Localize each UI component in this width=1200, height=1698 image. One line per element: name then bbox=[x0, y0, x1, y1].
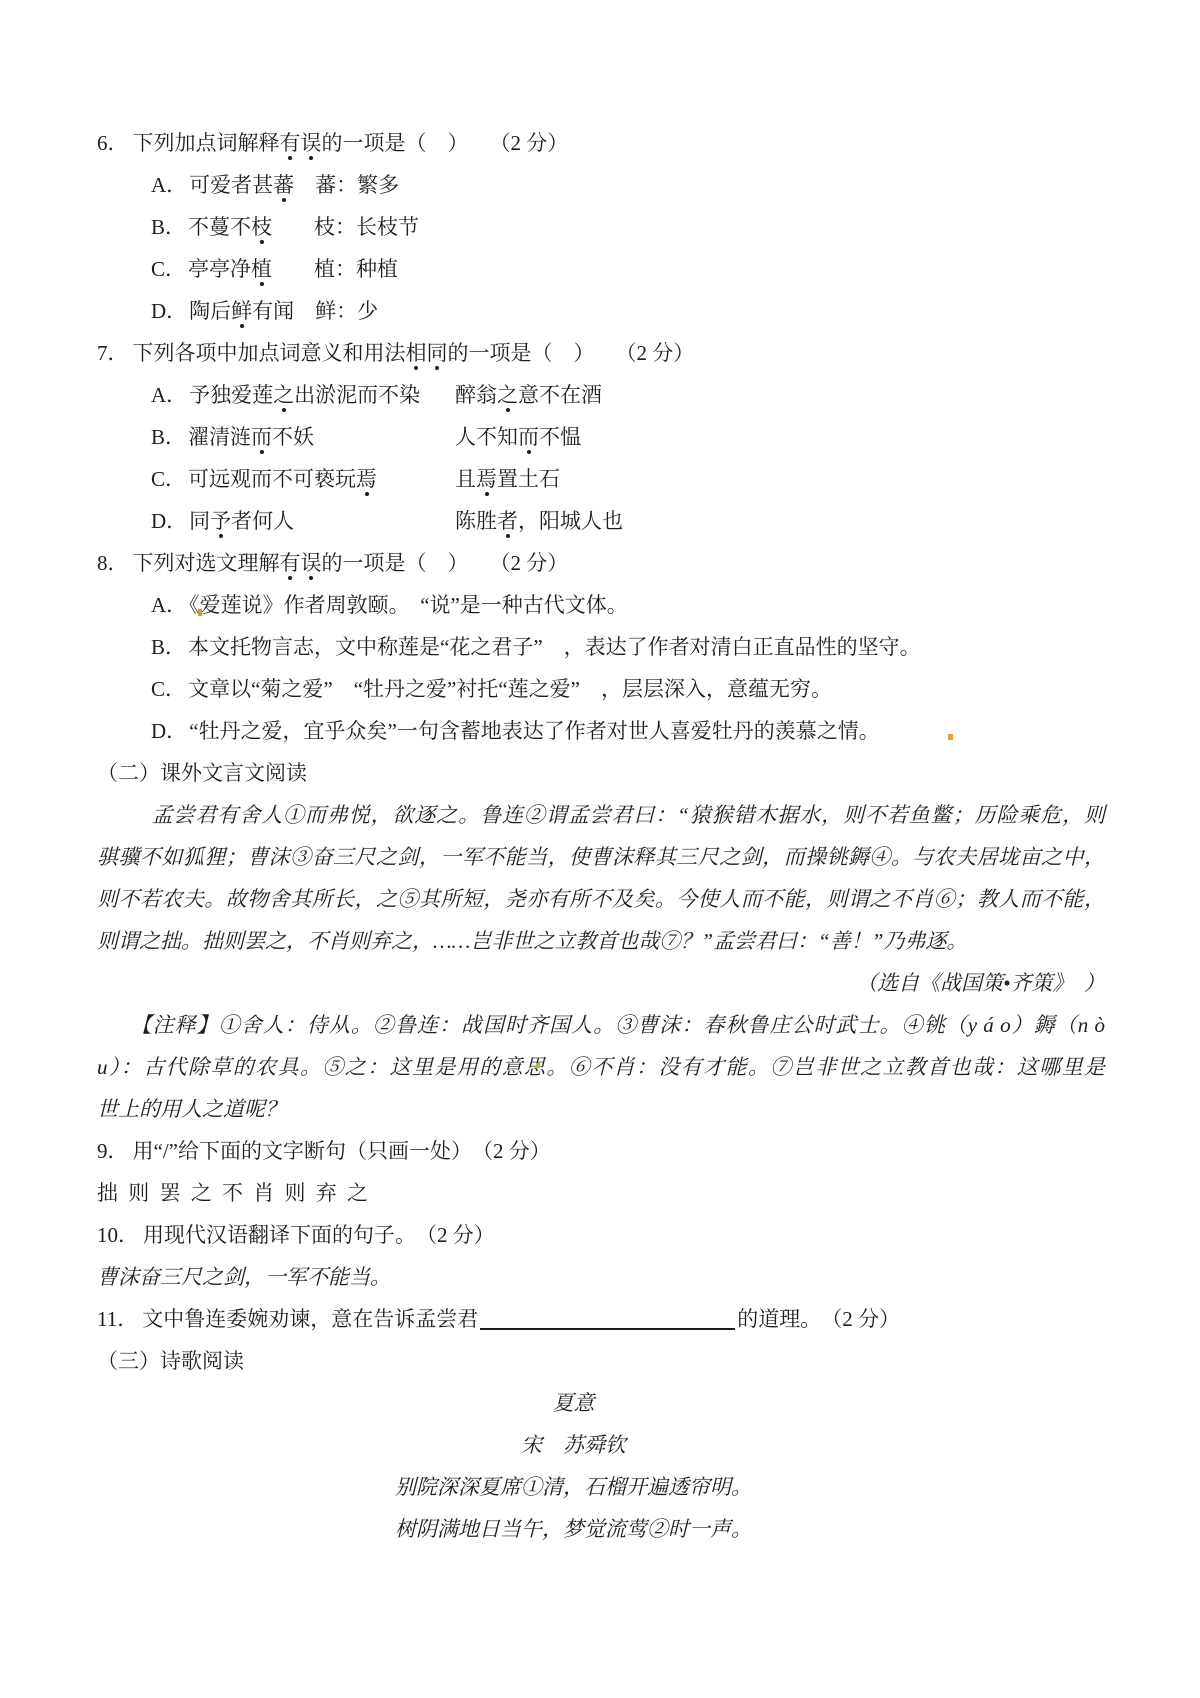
question-9-sentence: 拙 则 罢 之 不 肖 则 弃 之 bbox=[97, 1172, 1105, 1214]
question-6-title: 下列加点词解释有误的一项是（ ） （2 分） bbox=[133, 131, 569, 155]
emphasis-dot-char: 有 bbox=[280, 551, 301, 575]
emphasis-dot-char: 相 bbox=[406, 341, 427, 365]
option-d-label: D． bbox=[151, 719, 187, 743]
question-6-option-b: B．不蔓不枝 枝：长枝节 bbox=[151, 206, 1105, 248]
emphasis-dot-char: 鲜 bbox=[231, 299, 252, 323]
emphasis-dot-char: 焉 bbox=[356, 467, 377, 491]
orange-mark-after-8d bbox=[948, 734, 953, 740]
document-content: 6．下列加点词解释有误的一项是（ ） （2 分） A．可爱者甚蕃 蕃：繁多 B．… bbox=[0, 0, 1200, 1550]
option-b-left: B．濯清涟而不妖 bbox=[151, 416, 455, 458]
question-9-number: 9． bbox=[97, 1139, 129, 1163]
passage-source: （选自《战国策•齐策》 ） bbox=[97, 962, 1105, 1004]
question-7-option-b: B．濯清涟而不妖人不知而不愠 bbox=[151, 416, 1105, 458]
question-7-option-a: A．予独爱莲之出淤泥而不染醉翁之意不在酒 bbox=[151, 374, 1105, 416]
question-6-option-a: A．可爱者甚蕃 蕃：繁多 bbox=[151, 164, 1105, 206]
poem-line-2: 树阴满地日当午，梦觉流莺②时一声。 bbox=[97, 1508, 1105, 1550]
question-7-option-c: C．可远观而不可亵玩焉且焉置土石 bbox=[151, 458, 1105, 500]
poem-author: 宋 苏舜钦 bbox=[97, 1424, 1105, 1466]
orange-mark-under-8a bbox=[198, 609, 202, 616]
option-a-right: 醉翁之意不在酒 bbox=[455, 383, 602, 407]
emphasis-dot-char: 枝 bbox=[251, 215, 272, 239]
emphasis-dot-char: 之 bbox=[497, 383, 518, 407]
option-c-label: C． bbox=[151, 467, 186, 491]
option-a-text: 《爱莲说》作者周敦颐。 “说”是一种古代文体。 bbox=[189, 593, 628, 617]
question-7-option-d: D．同予者何人陈胜者，阳城人也 bbox=[151, 500, 1105, 542]
emphasis-dot-char: 植 bbox=[251, 257, 272, 281]
question-8-title: 下列对选文理解有误的一项是（ ） （2 分） bbox=[133, 551, 569, 575]
question-10-sentence: 曹沫奋三尺之剑，一军不能当。 bbox=[97, 1256, 1105, 1298]
poem-line-1: 别院深深夏席①清，石榴开遍透帘明。 bbox=[97, 1466, 1105, 1508]
poem-title: 夏意 bbox=[97, 1382, 1105, 1424]
section-3-heading: （三）诗歌阅读 bbox=[97, 1340, 1105, 1382]
emphasis-dot-char: 同 bbox=[427, 341, 448, 365]
option-c-left: C．可远观而不可亵玩焉 bbox=[151, 458, 455, 500]
option-c-label: C． bbox=[151, 257, 186, 281]
notes-line-3: 世上的用人之道呢？ bbox=[97, 1088, 1105, 1130]
question-9-title: 用“/”给下面的文字断句（只画一处） （2 分） bbox=[133, 1139, 551, 1163]
option-c-label: C． bbox=[151, 677, 186, 701]
emphasis-dot-char: 有 bbox=[280, 131, 301, 155]
question-11-number: 11． bbox=[97, 1307, 138, 1331]
notes-line-2: u）：古代除草的农具。⑤之：这里是用的意思。⑥不肖：没有才能。⑦岂非世之立教首也… bbox=[97, 1046, 1105, 1088]
passage-line-2: 骐骥不如狐狸；曹沫③奋三尺之剑，一军不能当，使曹沫释其三尺之剑，而操铫鎒④。与农… bbox=[97, 836, 1105, 878]
section-2-heading: （二）课外文言文阅读 bbox=[97, 752, 1105, 794]
passage-line-4: 则谓之拙。拙则罢之，不肖则弃之，……岂非世之立教首也哉⑦？”孟尝君曰：“善！”乃… bbox=[97, 920, 1105, 962]
question-7-header: 7．下列各项中加点词意义和用法相同的一项是（ ） （2 分） bbox=[97, 332, 1105, 374]
option-a-label: A． bbox=[151, 383, 187, 407]
option-a-text: 可爱者甚蕃 蕃：繁多 bbox=[189, 173, 399, 197]
question-7-title: 下列各项中加点词意义和用法相同的一项是（ ） （2 分） bbox=[133, 341, 695, 365]
option-c-right: 且焉置土石 bbox=[455, 467, 560, 491]
green-mark-notes bbox=[536, 1063, 540, 1068]
option-c-text: 亭亭净植 植：种植 bbox=[188, 257, 398, 281]
question-11-post: 的道理。 （2 分） bbox=[737, 1307, 900, 1331]
option-b-text: 不蔓不枝 枝：长枝节 bbox=[188, 215, 419, 239]
question-8-option-a: A．《爱莲说》作者周敦颐。 “说”是一种古代文体。 bbox=[151, 584, 1105, 626]
option-b-text: 本文托物言志，文中称莲是“花之君子” ，表达了作者对清白正直品性的坚守。 bbox=[188, 635, 921, 659]
question-7-number: 7． bbox=[97, 341, 129, 365]
option-a-label: A． bbox=[151, 173, 187, 197]
option-c-text: 文章以“菊之爱” “牡丹之爱”衬托“莲之爱” ，层层深入，意蕴无穷。 bbox=[188, 677, 832, 701]
emphasis-dot-char: 蕃 bbox=[273, 173, 294, 197]
question-8-option-c: C．文章以“菊之爱” “牡丹之爱”衬托“莲之爱” ，层层深入，意蕴无穷。 bbox=[151, 668, 1105, 710]
passage-line-1: 孟尝君有舍人①而弗悦，欲逐之。鲁连②谓孟尝君曰：“猿猴错木据水，则不若鱼鳖；历险… bbox=[97, 794, 1105, 836]
emphasis-dot-char: 误 bbox=[301, 551, 322, 575]
emphasis-dot-char: 者 bbox=[497, 509, 518, 533]
option-d-right: 陈胜者，阳城人也 bbox=[455, 509, 623, 533]
emphasis-dot-char: 予 bbox=[210, 509, 231, 533]
option-b-right: 人不知而不愠 bbox=[455, 425, 581, 449]
question-6-option-d: D．陶后鲜有闻 鲜：少 bbox=[151, 290, 1105, 332]
question-10-number: 10． bbox=[97, 1223, 139, 1247]
q11-blank-underline bbox=[480, 1328, 735, 1330]
question-6-option-c: C．亭亭净植 植：种植 bbox=[151, 248, 1105, 290]
option-d-left: D．同予者何人 bbox=[151, 500, 455, 542]
emphasis-dot-char: 误 bbox=[301, 131, 322, 155]
option-d-text: 陶后鲜有闻 鲜：少 bbox=[189, 299, 378, 323]
passage-line-3: 则不若农夫。故物舍其所长，之⑤其所短，尧亦有所不及矣。今使人而不能，则谓之不肖⑥… bbox=[97, 878, 1105, 920]
emphasis-dot-char: 之 bbox=[273, 383, 294, 407]
question-10-title: 用现代汉语翻译下面的句子。 （2 分） bbox=[143, 1223, 495, 1247]
notes-line-1: 【注释】①舍人：侍从。②鲁连：战国时齐国人。③曹沫：春秋鲁庄公时武士。④铫（y … bbox=[97, 1004, 1105, 1046]
emphasis-dot-char: 而 bbox=[518, 425, 539, 449]
question-10-header: 10．用现代汉语翻译下面的句子。 （2 分） bbox=[97, 1214, 1105, 1256]
question-8-option-d: D．“牡丹之爱，宜乎众矣”一句含蓄地表达了作者对世人喜爱牡丹的羡慕之情。 bbox=[151, 710, 1105, 752]
question-8-option-b: B．本文托物言志，文中称莲是“花之君子” ，表达了作者对清白正直品性的坚守。 bbox=[151, 626, 1105, 668]
option-d-label: D． bbox=[151, 299, 187, 323]
question-6-header: 6．下列加点词解释有误的一项是（ ） （2 分） bbox=[97, 122, 1105, 164]
option-a-left: A．予独爱莲之出淤泥而不染 bbox=[151, 374, 455, 416]
option-d-label: D． bbox=[151, 509, 187, 533]
option-b-label: B． bbox=[151, 635, 186, 659]
question-6-number: 6． bbox=[97, 131, 129, 155]
emphasis-dot-char: 焉 bbox=[476, 467, 497, 491]
option-b-label: B． bbox=[151, 215, 186, 239]
option-d-text: “牡丹之爱，宜乎众矣”一句含蓄地表达了作者对世人喜爱牡丹的羡慕之情。 bbox=[189, 719, 880, 743]
question-9-header: 9．用“/”给下面的文字断句（只画一处） （2 分） bbox=[97, 1130, 1105, 1172]
question-8-header: 8．下列对选文理解有误的一项是（ ） （2 分） bbox=[97, 542, 1105, 584]
option-a-label: A． bbox=[151, 593, 187, 617]
question-11-pre: 文中鲁连委婉劝谏，意在告诉孟尝君 bbox=[142, 1307, 478, 1331]
option-b-label: B． bbox=[151, 425, 186, 449]
question-11-header: 11．文中鲁连委婉劝谏，意在告诉孟尝君的道理。 （2 分） bbox=[97, 1298, 1105, 1340]
question-8-number: 8． bbox=[97, 551, 129, 575]
emphasis-dot-char: 而 bbox=[251, 425, 272, 449]
exam-document-page: 6．下列加点词解释有误的一项是（ ） （2 分） A．可爱者甚蕃 蕃：繁多 B．… bbox=[0, 0, 1200, 1698]
